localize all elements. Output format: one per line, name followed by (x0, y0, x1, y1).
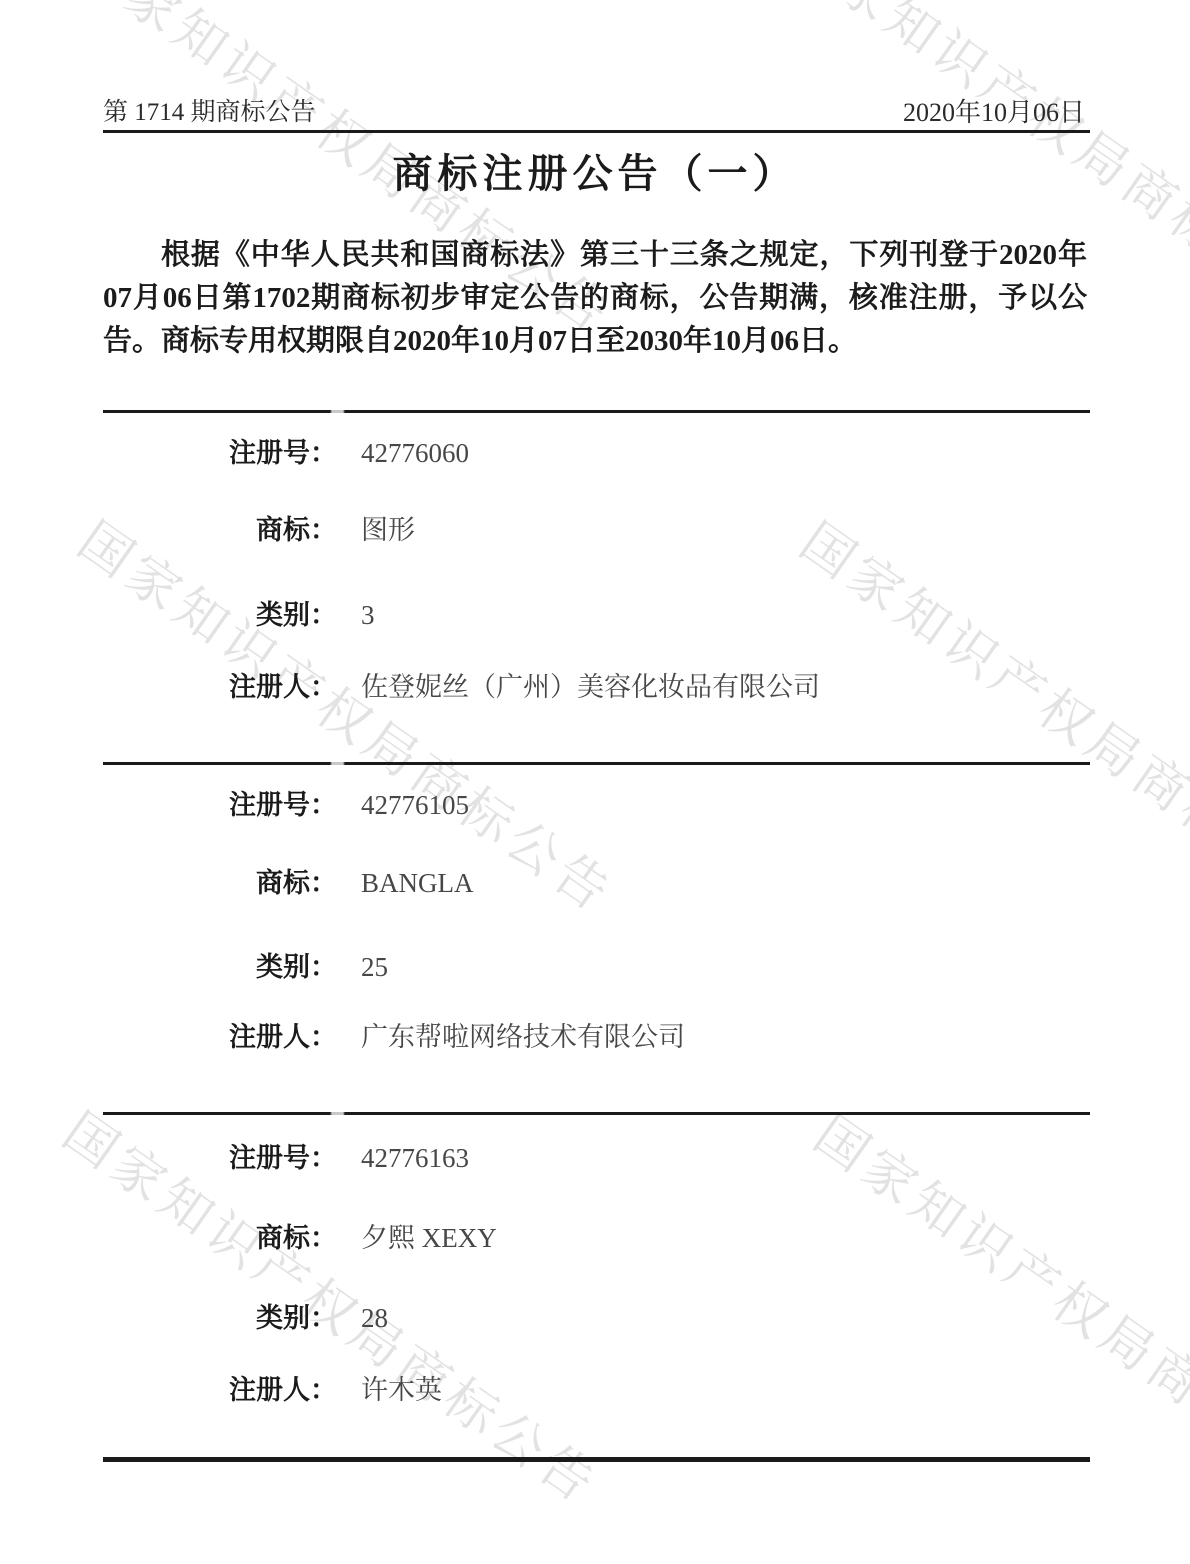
field-value: 42776060 (361, 438, 469, 468)
record-divider (103, 762, 1090, 765)
field-row-class: 类别：3 (103, 593, 375, 629)
field-label: 类别： (103, 945, 337, 984)
field-label: 注册人： (103, 1015, 337, 1054)
field-label: 商标： (103, 508, 337, 547)
field-label: 注册号： (103, 431, 337, 470)
issue-number: 第 1714 期商标公告 (103, 92, 316, 128)
field-value: 广东帮啦网络技术有限公司 (361, 1022, 685, 1052)
field-row-registrant: 注册人：许木英 (103, 1368, 442, 1404)
field-row-class: 类别：25 (103, 945, 388, 981)
field-row-reg-no: 注册号：42776060 (103, 431, 469, 467)
field-value: 佐登妮丝（广州）美容化妆品有限公司 (361, 672, 820, 702)
field-value: 3 (361, 600, 375, 630)
header-divider (103, 130, 1090, 133)
gazette-page: 国家知识产权局商标公告 国家知识产权局商标公告 国家知识产权局商标公告 国家知识… (0, 0, 1190, 1564)
field-label: 商标： (103, 1216, 337, 1255)
field-value: 42776105 (361, 790, 469, 820)
field-row-registrant: 注册人：佐登妮丝（广州）美容化妆品有限公司 (103, 665, 820, 701)
field-value: 许木英 (361, 1375, 442, 1405)
field-row-reg-no: 注册号：42776163 (103, 1136, 469, 1172)
field-value: 42776163 (361, 1143, 469, 1173)
field-row-registrant: 注册人：广东帮啦网络技术有限公司 (103, 1015, 685, 1051)
field-value: 图形 (361, 515, 415, 545)
intro-paragraph: 根据《中华人民共和国商标法》第三十三条之规定，下列刊登于2020年07月06日第… (103, 234, 1087, 363)
field-value: 28 (361, 1303, 388, 1333)
field-label: 类别： (103, 593, 337, 632)
record-divider (103, 1112, 1090, 1115)
field-label: 注册号： (103, 783, 337, 822)
field-row-mark: 商标：图形 (103, 508, 415, 544)
page-bottom-divider (103, 1457, 1090, 1462)
field-label: 类别： (103, 1296, 337, 1335)
publication-date: 2020年10月06日 (903, 92, 1085, 129)
field-row-mark: 商标：BANGLA (103, 861, 474, 897)
field-row-mark: 商标：夕熙 XEXY (103, 1216, 497, 1252)
field-row-reg-no: 注册号：42776105 (103, 783, 469, 819)
field-label: 商标： (103, 861, 337, 900)
field-value: BANGLA (361, 868, 474, 898)
record-divider (103, 410, 1090, 413)
field-value: 25 (361, 952, 388, 982)
page-content: 第 1714 期商标公告 2020年10月06日 商标注册公告（一） 根据《中华… (0, 0, 1190, 1564)
field-row-class: 类别：28 (103, 1296, 388, 1332)
field-label: 注册人： (103, 665, 337, 704)
field-label: 注册人： (103, 1368, 337, 1407)
page-title: 商标注册公告（一） (0, 142, 1190, 199)
field-label: 注册号： (103, 1136, 337, 1175)
field-value: 夕熙 XEXY (361, 1223, 497, 1253)
